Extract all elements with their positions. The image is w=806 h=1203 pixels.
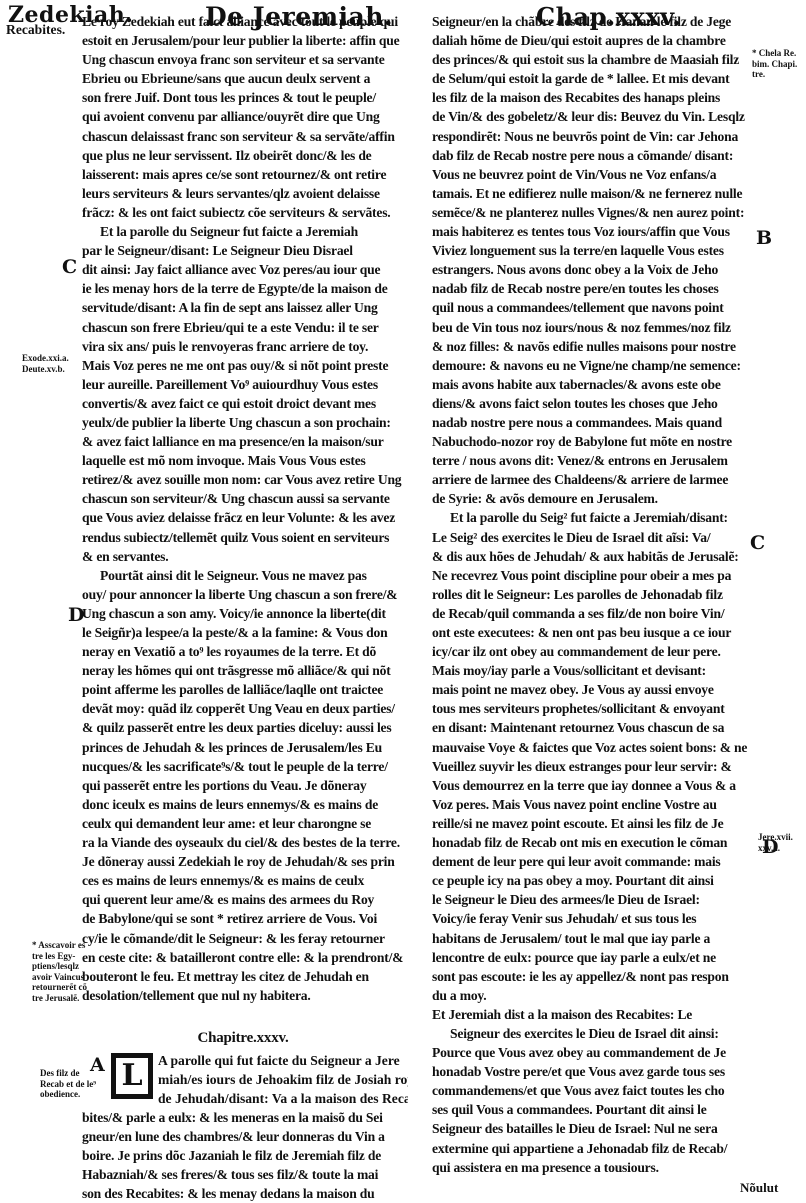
text-line: bouteront le feu. Et mettray les citez d… bbox=[82, 967, 404, 986]
text-line: Ung chascun envoya franc son serviteur e… bbox=[82, 50, 404, 69]
text-line: en ceste cite: & batailleront contre ell… bbox=[82, 948, 404, 967]
chapter-heading-block: Chapitre.xxxv. bbox=[82, 1029, 404, 1048]
text-line: demoure: & navons eu ne Vigne/ne champ/n… bbox=[432, 356, 748, 375]
text-line: ra la Viande des oyseaulx du ciel/& des … bbox=[82, 833, 404, 852]
text-line: Et Jeremiah dist a la maison des Recabit… bbox=[432, 1005, 748, 1024]
right-column: Seigneur/en la chãbre des filz de Hanan … bbox=[432, 12, 748, 1177]
text-line: beu de Vin tous noz iours/nous & noz fem… bbox=[432, 318, 748, 337]
text-line: arriere de larmee des Chaldeens/& arrier… bbox=[432, 470, 748, 489]
text-line: dab filz de Recab nostre pere nous a cõm… bbox=[432, 146, 748, 165]
text-line: icy/car ilz ont obey au commandement de … bbox=[432, 642, 748, 661]
text-line: yeulx/de publier la liberte Ung chascun … bbox=[82, 413, 404, 432]
text-line: lencontre de eulx: pource que iay parle … bbox=[432, 948, 748, 967]
text-line: desolation/tellement que nul ny habitera… bbox=[82, 986, 404, 1005]
text-line: cy/ie le cõmande/dit le Seigneur: & les … bbox=[82, 929, 404, 948]
text-line: reille/si ne mavez point escoute. Et ain… bbox=[432, 814, 748, 833]
text-line: par le Seigneur/disant: Le Seigneur Dieu… bbox=[82, 241, 404, 260]
text-line: & noz filles: & navõs edifie nulles mais… bbox=[432, 337, 748, 356]
text-line: Voz peres. Mais Vous navez point encline… bbox=[432, 795, 748, 814]
text-line: son des Recabites: & les menay dedans la… bbox=[82, 1184, 404, 1203]
text-line: du a moy. bbox=[432, 986, 748, 1005]
margin-note-recabites: Recabites. bbox=[6, 20, 65, 39]
text-line: ce peuple icy na pas obey a moy. Pourtan… bbox=[432, 871, 748, 890]
text-line: mais point ne mavez obey. Je Vous ay aus… bbox=[432, 680, 748, 699]
text-line: bites/& parle a eulx: & les meneras en l… bbox=[82, 1108, 404, 1127]
text-line: tamais. Et ne edifierez nulle maison/& n… bbox=[432, 184, 748, 203]
text-line: Vous ne beuvrez point de Vin/Vous ne Voz… bbox=[432, 165, 748, 184]
text-line: convertis/& avez faict ce qui estoit dro… bbox=[82, 394, 404, 413]
chapter-heading: Chapitre.xxxv. bbox=[82, 1029, 404, 1048]
text-line: ouy/ pour annoncer la liberte Ung chascu… bbox=[82, 585, 404, 604]
text-line: gneur/en lune des chambres/& leur donner… bbox=[82, 1127, 404, 1146]
text-line: de Vin/& des gobeletz/& leur dis: Beuvez… bbox=[432, 107, 748, 126]
text-line: daliah hõme de Dieu/qui estoit aupres de… bbox=[432, 31, 748, 50]
text-line: Habazniah/& ses freres/& tous ses filz/&… bbox=[82, 1165, 404, 1184]
text-line: Seigneur/en la chãbre des filz de Hanan … bbox=[432, 12, 748, 31]
text-line: qui avoient convenu par alliance/ouyrẽt … bbox=[82, 107, 404, 126]
text-line: laquelle est mõ nom invoque. Mais Vous V… bbox=[82, 451, 404, 470]
text-line: semẽce/& ne planterez nulles Vignes/& ne… bbox=[432, 203, 748, 222]
text-line: retirez/& avez souille mon nom: car Vous… bbox=[82, 470, 404, 489]
text-line: quil nous a commandees/tellement que nav… bbox=[432, 298, 748, 317]
margin-note-exode: Exode.xxi.a. Deute.xv.b. bbox=[22, 353, 69, 374]
text-line: Le roy Zedekiah eut faict alliance avec … bbox=[82, 12, 404, 31]
text-line: des princes/& qui estoit sus la chambre … bbox=[432, 50, 748, 69]
text-line: terre / nous avons dit: Venez/& entrons … bbox=[432, 451, 748, 470]
text-line: point afferme les parolles de lalliãce/l… bbox=[82, 680, 404, 699]
text-line: & quilz passerẽt entre les deux parties … bbox=[82, 718, 404, 737]
text-line: ces es mains de leurs ennemys/& es mains… bbox=[82, 871, 404, 890]
text-line: nucques/& les sacrificate⁹s/& tout le pe… bbox=[82, 757, 404, 776]
text-line: vira six ans/ puis le renvoyeras franc a… bbox=[82, 337, 404, 356]
text-line: mauvaise Voye & faictes que Voz actes so… bbox=[432, 738, 748, 757]
text-line: Et la parolle du Seig² fut faicte a Jere… bbox=[432, 508, 748, 527]
text-line: & en servantes. bbox=[82, 547, 404, 566]
text-line: nadab filz de Recab nostre pere/en toute… bbox=[432, 279, 748, 298]
text-line: estrangers. Nous avons donc obey a la Vo… bbox=[432, 260, 748, 279]
text-line: dit ainsi: Jay faict alliance avec Voz p… bbox=[82, 260, 404, 279]
text-line: leur aureille. Pareillement Vo⁹ auiourdh… bbox=[82, 375, 404, 394]
chapter-continuation: bites/& parle a eulx: & les meneras en l… bbox=[82, 1108, 404, 1203]
text-line: leurs serviteurs & leurs servantes/qlz a… bbox=[82, 184, 404, 203]
text-line: Voicy/ie feray Venir sus Jehudah/ et sus… bbox=[432, 909, 748, 928]
text-line: ses quil Vous a commandees. Pourtant dit… bbox=[432, 1100, 748, 1119]
chapter-opening-lines: A parolle qui fut faicte du Seigneur a J… bbox=[158, 1051, 408, 1108]
text-line: A parolle qui fut faicte du Seigneur a J… bbox=[158, 1051, 408, 1070]
text-line: en disant: Maintenant retournez Vous cha… bbox=[432, 718, 748, 737]
text-line: qui passerẽt entre les portions du Veau.… bbox=[82, 776, 404, 795]
text-line: Le Seig² des exercites le Dieu de Israel… bbox=[432, 528, 748, 547]
text-line: Et la parolle du Seigneur fut faicte a J… bbox=[82, 222, 404, 241]
margin-note-desfilz: Des filz de Recab et de le⁹ obedience. bbox=[40, 1068, 96, 1100]
text-line: commandemens/et que Vous avez faict tout… bbox=[432, 1081, 748, 1100]
text-line: & dis aux hões de Jehudah/ & aux habitãs… bbox=[432, 547, 748, 566]
text-line: laisserent: mais apres ce/se sont retour… bbox=[82, 165, 404, 184]
book-page: Zedekiah. De Jeremiah. Chap.xxxv. Le roy… bbox=[0, 0, 806, 1203]
text-line: rolles dit le Seigneur: Les parolles de … bbox=[432, 585, 748, 604]
text-line: nadab nostre pere nous a commandees. Mai… bbox=[432, 413, 748, 432]
text-line: ont este executees: & nen ont pas beu iu… bbox=[432, 623, 748, 642]
text-line: de Babylone/qui se sont * retirez arrier… bbox=[82, 909, 404, 928]
text-line: frãcz: & les ont faict subiectz cõe serv… bbox=[82, 203, 404, 222]
text-line: le Seigneur le Dieu des armees/le Dieu d… bbox=[432, 890, 748, 909]
text-line: sont pas escoute: ie les ay appellez/& n… bbox=[432, 967, 748, 986]
text-line: qui assistera en ma presence a tousiours… bbox=[432, 1158, 748, 1177]
section-letter-c: C bbox=[62, 256, 77, 278]
text-line: honadab filz de Recab ont mis en executi… bbox=[432, 833, 748, 852]
text-line: Ung chascun a son amy. Voicy/ie annonce … bbox=[82, 604, 404, 623]
text-line: Seigneur des exercites le Dieu de Israel… bbox=[432, 1024, 748, 1043]
text-line: chascun delaissast franc son serviteur &… bbox=[82, 127, 404, 146]
text-line: les filz de la maison des Recabites des … bbox=[432, 88, 748, 107]
text-line: mais avons habite aux tabernacles/& avon… bbox=[432, 375, 748, 394]
text-line: que Vous aviez delaisse frãcz en leur Vo… bbox=[82, 508, 404, 527]
text-line: estoit en Jerusalem/pour leur publier la… bbox=[82, 31, 404, 50]
text-line: de Jehudah/disant: Va a la maison des Re… bbox=[158, 1089, 408, 1108]
text-line: servitude/disant: A la fin de sept ans l… bbox=[82, 298, 404, 317]
text-line: que plus ne leur servissent. Ilz obeirẽt… bbox=[82, 146, 404, 165]
catchword: Nõulut bbox=[740, 1180, 778, 1196]
text-line: de Recab/quil commanda a ses filz/de non… bbox=[432, 604, 748, 623]
text-line: rendus subiectz/tellemẽt quilz Vous soie… bbox=[82, 528, 404, 547]
text-line: miah/es iours de Jehoakim filz de Josiah… bbox=[158, 1070, 408, 1089]
text-line: tous mes serviteurs prophetes/sollicitan… bbox=[432, 699, 748, 718]
text-line: Nabuchodo-nozor roy de Babylone fut mõte… bbox=[432, 432, 748, 451]
text-line: extermine qui appartiene a Jehonadab fil… bbox=[432, 1139, 748, 1158]
text-line: Viviez longuement sus la terre/en laquel… bbox=[432, 241, 748, 260]
text-line: boire. Je prins dõc Jazaniah le filz de … bbox=[82, 1146, 404, 1165]
text-line: diens/& avons faict selon toutes les cho… bbox=[432, 394, 748, 413]
text-line: devãt moy: quãd ilz copperẽt Ung Veau en… bbox=[82, 699, 404, 718]
text-line: princes de Jehudah & les princes de Jeru… bbox=[82, 738, 404, 757]
left-column: Le roy Zedekiah eut faict alliance avec … bbox=[82, 12, 404, 1005]
text-line: Je dõneray aussi Zedekiah le roy de Jehu… bbox=[82, 852, 404, 871]
drop-cap-ornament: L bbox=[111, 1053, 153, 1099]
text-line: dement de leur pere qui leur avoit comma… bbox=[432, 852, 748, 871]
section-letter-b: B bbox=[756, 227, 772, 249]
text-line: Vueillez suyvir les dieux estranges pour… bbox=[432, 757, 748, 776]
text-line: donc iceulx es mains de leurs ennemys/& … bbox=[82, 795, 404, 814]
text-line: ceulx qui demandent leur ame: et leur ch… bbox=[82, 814, 404, 833]
text-line: & avez faict lalliance en ma presence/en… bbox=[82, 432, 404, 451]
text-line: neray en Vexatiõ a to⁹ les royaumes de l… bbox=[82, 642, 404, 661]
text-line: le Seigñr)a lespee/a la peste/& a la fam… bbox=[82, 623, 404, 642]
section-letter-a: A bbox=[90, 1054, 105, 1076]
text-line: chascun son frere Ebrieu/qui te a este V… bbox=[82, 318, 404, 337]
text-line: chascun son serviteur/& Ung chascun auss… bbox=[82, 489, 404, 508]
text-line: respondirẽt: Nous ne beuvrõs point de Vi… bbox=[432, 127, 748, 146]
text-line: de Selum/qui estoit la garde de * lallee… bbox=[432, 69, 748, 88]
text-line: ie les menay hors de la terre de Egypte/… bbox=[82, 279, 404, 298]
text-line: Mais moy/iay parle a Vous/sollicitant et… bbox=[432, 661, 748, 680]
section-letter-c: C bbox=[750, 532, 765, 554]
text-line: Ne recevrez Vous point discipline pour o… bbox=[432, 566, 748, 585]
text-line: de Syrie: & avõs demoure en Jerusalem. bbox=[432, 489, 748, 508]
text-line: Seigneur des batailles le Dieu de Israel… bbox=[432, 1119, 748, 1138]
text-line: Pource que Vous avez obey au commandemen… bbox=[432, 1043, 748, 1062]
text-line: Ebrieu ou Ebrieune/sans que aucun deulx … bbox=[82, 69, 404, 88]
text-line: qui querent leur ame/& es mains des arme… bbox=[82, 890, 404, 909]
text-line: son frere Juif. Dont tous les princes & … bbox=[82, 88, 404, 107]
margin-note-asscavoir: * Asscavoir es tre les Egy- ptiens/lesql… bbox=[32, 940, 87, 1003]
section-letter-d: D bbox=[762, 836, 778, 858]
drop-cap-letter: L bbox=[115, 1057, 149, 1095]
text-line: mais habiterez es tentes tous Voz iours/… bbox=[432, 222, 748, 241]
text-line: honadab Vostre pere/et que Vous avez gar… bbox=[432, 1062, 748, 1081]
text-line: neray les hõmes qui ont trãsgresse mõ al… bbox=[82, 661, 404, 680]
margin-note-chela: * Chela Re. bim. Chapi. tre. bbox=[752, 48, 797, 80]
section-letter-d: D bbox=[68, 604, 84, 626]
text-line: habitans de Jerusalem/ tout le mal que i… bbox=[432, 929, 748, 948]
text-line: Mais Voz peres ne me ont pas ouy/& si nõ… bbox=[82, 356, 404, 375]
text-line: Pourtãt ainsi dit le Seigneur. Vous ne m… bbox=[82, 566, 404, 585]
text-line: Vous demourrez en la terre que iay donne… bbox=[432, 776, 748, 795]
